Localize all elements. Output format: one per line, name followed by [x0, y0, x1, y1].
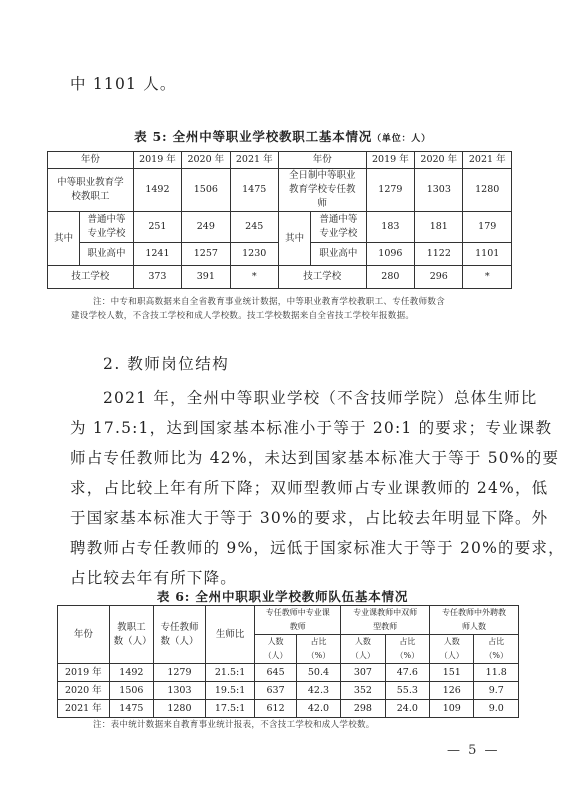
table5-note-line1: 注：中专和职高数据来自全省教育事业统计数据，中等职业教育学校教职工、专任教师数含: [93, 295, 445, 307]
page-number: — 5 —: [447, 743, 500, 758]
table6-note: 注：表中统计数据来自教育事业统计报表，不含技工学校和成人学校数。: [93, 718, 375, 730]
table6-title: 表 6: 全州中职职业学校教师队伍基本情况: [0, 587, 565, 605]
table-row: 其中 普通中等专业学校 251 249 245 其中 普通中等专业学校 183 …: [48, 212, 512, 243]
table-row: 2019 年 1492 1279 21.5:1 645 50.4 307 47.…: [58, 664, 519, 682]
table5-note-line2: 建设学校人数，不含技工学校和成人学校数。技工学校数据来自全省技工学校年报数据。: [71, 309, 414, 321]
paragraph-line: 求，占比较上年有所下降；双师型教师占专业课教师的 24%，低: [70, 476, 548, 498]
lead-line: 中 1101 人。: [70, 72, 177, 94]
table6-header-row: 年份 教职工数（人） 专任教师数（人） 生师比 专任教师中专业课教师 专业课教师…: [58, 606, 519, 635]
table-row: 2020 年 1506 1303 19.5:1 637 42.3 352 55.…: [58, 682, 519, 700]
table5: 年份 2019 年 2020 年 2021 年 年份 2019 年 2020 年…: [47, 151, 512, 289]
table5-title: 表 5: 全州中等职业学校教职工基本情况（单位：人）: [0, 127, 565, 145]
paragraph-line: 于国家基本标准大于等于 30%的要求，占比较去年明显下降。外: [70, 506, 548, 528]
table5-header-row: 年份 2019 年 2020 年 2021 年 年份 2019 年 2020 年…: [48, 152, 512, 169]
paragraph-line: 为 17.5:1，达到国家基本标准小于等于 20:1 的要求；专业课教: [70, 416, 552, 438]
table-row: 2021 年 1475 1280 17.5:1 612 42.0 298 24.…: [58, 700, 519, 718]
paragraph-line: 占比较去年有所下降。: [70, 566, 237, 588]
paragraph-line: 师占专任教师比为 42%，未达到国家基本标准大于等于 50%的要: [70, 446, 559, 468]
table-row: 技工学校 373 391 * 技工学校 280 296 *: [48, 266, 512, 289]
section-heading: 2. 教师岗位结构: [103, 352, 229, 374]
table-row: 中等职业教育学校教职工 1492 1506 1475 全日制中等职业教育学校专任…: [48, 169, 512, 212]
table5-unit: （单位：人）: [372, 134, 431, 144]
paragraph-line: 2021 年，全州中等职业学校（不含技师学院）总体生师比: [103, 386, 537, 408]
table6: 年份 教职工数（人） 专任教师数（人） 生师比 专任教师中专业课教师 专业课教师…: [57, 605, 519, 718]
paragraph-line: 聘教师占专任教师的 9%，远低于国家标准大于等于 20%的要求，: [70, 536, 565, 558]
